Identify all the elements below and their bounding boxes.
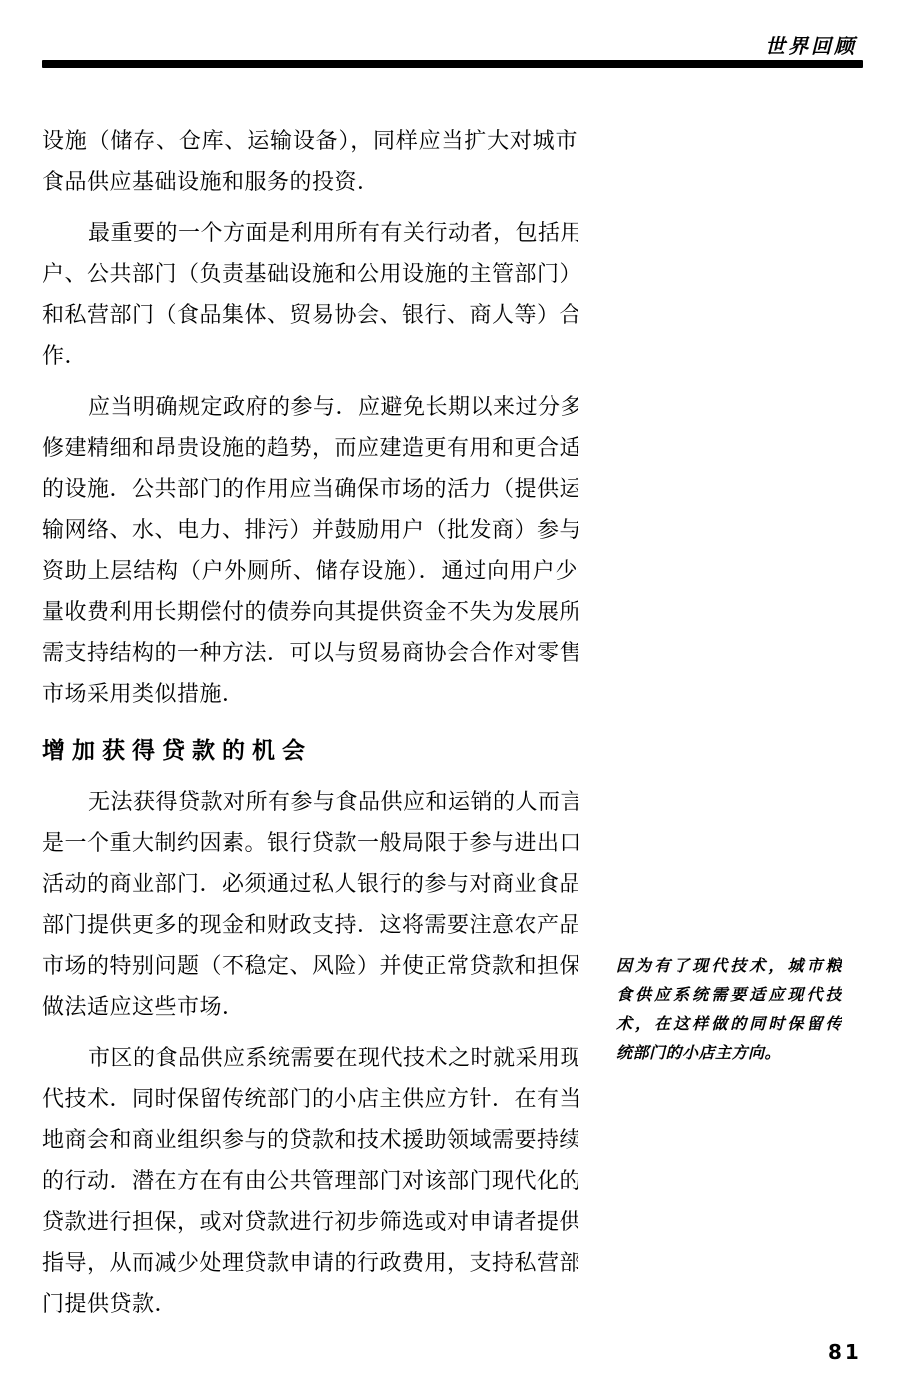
body-text-line: 和私营部门（食品集体、贸易协会、银行、商人等）合 — [42, 295, 578, 336]
document-page: 世界回顾 设施（储存、仓库、运输设备），同样应当扩大对城市 食品供应基础设施和服… — [0, 0, 900, 1400]
body-text-line: 是一个重大制约因素。银行贷款一般局限于参与进出口 — [42, 823, 578, 864]
body-text-line: 食品供应基础设施和服务的投资． — [42, 162, 578, 203]
body-text-line: 贷款进行担保，或对贷款进行初步筛选或对申请者提供 — [42, 1202, 578, 1243]
body-text-line: 资助上层结构（户外厕所、储存设施）．通过向用户少 — [42, 551, 578, 592]
body-text-line: 指导，从而减少处理贷款申请的行政费用，支持私营部 — [42, 1243, 578, 1284]
body-text-line: 的行动．潜在方在有由公共管理部门对该部门现代化的 — [42, 1161, 578, 1202]
body-text-line: 输网络、水、电力、排污）并鼓励用户（批发商）参与 — [42, 510, 578, 551]
margin-note-line: 食供应系统需要适应现代技 — [616, 980, 842, 1009]
page-number: 81 — [828, 1340, 862, 1364]
body-text-line: 地商会和商业组织参与的贷款和技术援助领域需要持续 — [42, 1120, 578, 1161]
body-text-line: 户、公共部门（负责基础设施和公用设施的主管部门） — [42, 254, 578, 295]
section-heading: 增加获得贷款的机会 — [42, 731, 578, 772]
header-rule — [42, 60, 863, 68]
paragraph: 市区的食品供应系统需要在现代技术之时就采用现 代技术．同时保留传统部门的小店主供… — [42, 1038, 578, 1325]
paragraph: 应当明确规定政府的参与．应避免长期以来过分多 修建精细和昂贵设施的趋势，而应建造… — [42, 387, 578, 715]
margin-note-line: 术，在这样做的同时保留传 — [616, 1009, 842, 1038]
body-text-line: 需支持结构的一种方法．可以与贸易商协会合作对零售 — [42, 633, 578, 674]
margin-note-line: 因为有了现代技术，城市粮 — [616, 951, 842, 980]
body-text-line: 市场的特别问题（不稳定、风险）并使正常贷款和担保 — [42, 946, 578, 987]
paragraph: 设施（储存、仓库、运输设备），同样应当扩大对城市 食品供应基础设施和服务的投资． — [42, 121, 578, 203]
body-text-line: 门提供贷款． — [42, 1284, 578, 1325]
body-text-line: 量收费利用长期偿付的债券向其提供资金不失为发展所 — [42, 592, 578, 633]
margin-note-line: 统部门的小店主方向。 — [616, 1038, 842, 1067]
body-text-line: 代技术．同时保留传统部门的小店主供应方针．在有当 — [42, 1079, 578, 1120]
paragraph: 无法获得贷款对所有参与食品供应和运销的人而言 是一个重大制约因素。银行贷款一般局… — [42, 782, 578, 1028]
body-text-line: 做法适应这些市场． — [42, 987, 578, 1028]
body-text-line: 修建精细和昂贵设施的趋势，而应建造更有用和更合适 — [42, 428, 578, 469]
body-text-line: 活动的商业部门．必须通过私人银行的参与对商业食品 — [42, 864, 578, 905]
body-text-line: 最重要的一个方面是利用所有有关行动者，包括用 — [42, 213, 578, 254]
body-text-line: 市场采用类似措施． — [42, 674, 578, 715]
body-text-line: 市区的食品供应系统需要在现代技术之时就采用现 — [42, 1038, 578, 1079]
margin-note: 因为有了现代技术，城市粮 食供应系统需要适应现代技 术，在这样做的同时保留传 统… — [616, 951, 842, 1067]
body-text-line: 的设施．公共部门的作用应当确保市场的活力（提供运 — [42, 469, 578, 510]
main-text-column: 设施（储存、仓库、运输设备），同样应当扩大对城市 食品供应基础设施和服务的投资．… — [42, 121, 578, 1325]
running-header: 世界回顾 — [765, 30, 857, 59]
body-text-line: 作． — [42, 336, 578, 377]
body-text-line: 部门提供更多的现金和财政支持．这将需要注意农产品 — [42, 905, 578, 946]
body-text-line: 应当明确规定政府的参与．应避免长期以来过分多 — [42, 387, 578, 428]
body-text-line: 无法获得贷款对所有参与食品供应和运销的人而言 — [42, 782, 578, 823]
paragraph: 最重要的一个方面是利用所有有关行动者，包括用 户、公共部门（负责基础设施和公用设… — [42, 213, 578, 377]
body-text-line: 设施（储存、仓库、运输设备），同样应当扩大对城市 — [42, 121, 578, 162]
